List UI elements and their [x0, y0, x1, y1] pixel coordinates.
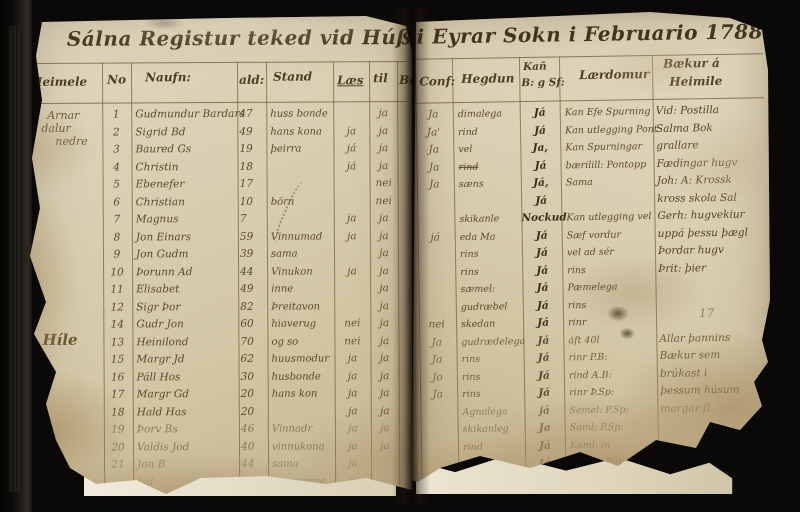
age-cell: 44	[241, 456, 254, 473]
age-cell: 70	[240, 333, 253, 350]
baekur-cell: Joh: A: Krossk	[657, 172, 732, 190]
laes-cell: ja	[334, 228, 370, 245]
age-cell: 20	[241, 403, 254, 420]
hegdun-cell: rins	[462, 351, 481, 368]
stand-cell: hans kon	[272, 385, 318, 402]
row-number: 16	[105, 369, 131, 386]
header-laerdomur: Lærdomur	[579, 67, 649, 82]
hegdun-cell: rins	[462, 386, 481, 403]
table-row: 6 Christian 10 börn nei	[26, 192, 412, 212]
name-cell: Sigrid Bd	[135, 124, 185, 141]
name-cell: Þorv Bs	[137, 421, 178, 438]
row-number: 9	[104, 246, 130, 263]
til-cell: ja	[370, 158, 396, 175]
stand-cell: vinnukona	[272, 438, 325, 455]
margin-number-note: 17	[699, 306, 714, 320]
laes-cell: ja	[335, 420, 371, 437]
row-number: 8	[104, 229, 130, 246]
stand-cell: sama	[272, 456, 299, 473]
name-cell: Christian	[136, 194, 185, 211]
table-row: 17 Margr Gd 20 hans kon ja ja	[27, 385, 412, 405]
name-cell: Páll Hos	[137, 369, 181, 386]
laerdomur-cell: Sama	[566, 174, 593, 191]
hegdun-cell: Agnalega	[462, 403, 507, 421]
row-number: 6	[104, 194, 130, 211]
table-row: 4 Christin 18 já ja	[26, 157, 412, 177]
table-row: 18 Hald Has 20 ja ja	[27, 402, 412, 422]
baekur-cell: Þrit: þier	[658, 260, 706, 278]
name-cell: Ebenefer	[136, 176, 185, 193]
table-row: 16 Páll Hos 30 husbonde ja ja	[27, 367, 412, 387]
hegdun-cell: rind	[463, 438, 483, 455]
til-cell: ja	[371, 350, 397, 367]
age-cell: 20	[241, 386, 254, 403]
laerdomur-cell: Saml: P.Sp:	[570, 419, 624, 437]
age-cell: 60	[240, 316, 253, 333]
hegdun-cell: vel	[458, 141, 472, 158]
laes-cell: ja	[335, 438, 371, 455]
laerdomur-cell: Kan Efe Spurning	[565, 103, 651, 121]
kan-cell: Já	[521, 192, 561, 210]
header-heimele: Heimele	[31, 75, 87, 89]
til-cell: ja	[371, 228, 397, 245]
laerdomur-cell: rind A.B:	[569, 366, 612, 384]
stand-cell: husbonde	[272, 368, 321, 385]
name-cell: Valdis Jod	[137, 439, 189, 456]
table-row: 15 Margr Jd 62 huusmodur ja ja	[27, 350, 412, 370]
left-page: Sálna Registur teked vid Húß V: Heimele …	[26, 12, 412, 500]
row-number: 5	[104, 176, 130, 193]
table-row: 1 Gudmundur Bardars 47 huss bonde ja	[26, 105, 411, 125]
header-stand: Stand	[273, 70, 312, 84]
stand-cell: Þreitavon	[271, 298, 320, 315]
baekur-cell: margar fl.	[660, 400, 713, 418]
row-number: 7	[104, 211, 130, 228]
til-cell: nei	[371, 193, 397, 210]
header-naufn: Naufn:	[145, 70, 191, 84]
til-cell: ja	[370, 123, 396, 140]
table-row: 19 Þorv Bs 46 Vinnadr ja ja	[27, 420, 412, 440]
kan-cell: Já	[522, 262, 562, 280]
name-cell: Jon Gudm	[136, 246, 189, 263]
name-cell: Elisabet	[136, 281, 179, 298]
laes-cell: ja	[335, 385, 371, 402]
hegdun-cell: rind	[458, 158, 478, 175]
kan-cell: Já	[522, 227, 562, 245]
baekur-cell: brúkast i	[660, 365, 708, 383]
laes-cell: ja	[333, 123, 369, 140]
manuscript-photo: { "book": { "left_title": "Sálna Registu…	[0, 0, 800, 512]
name-cell: Jon B	[137, 456, 165, 473]
right-page-title: i Eyrar Sokn i Februario 1788	[416, 19, 763, 48]
hegdun-cell: skikanleg	[463, 420, 509, 438]
laerdomur-cell: rins	[568, 297, 587, 314]
kan-cell: Já	[522, 244, 562, 262]
conf-cell	[419, 456, 458, 457]
hegdun-cell: gudrædelega	[461, 333, 525, 351]
row-number: 19	[105, 421, 131, 438]
kan-cell: já	[524, 402, 564, 420]
baekur-cell: Gerh: hugvekiur	[657, 207, 744, 225]
laerdomur-cell: rins	[567, 262, 586, 279]
laerdomur-cell: bærilill: Pontopp	[565, 156, 646, 174]
conf-cell: já	[416, 229, 455, 247]
stand-cell: hiaverug	[271, 315, 316, 332]
row-number: 15	[104, 351, 130, 368]
laerdomur-cell: vel ad sér	[567, 244, 614, 262]
header-baekur-2: Heimile	[669, 74, 722, 89]
name-cell: Hald Has	[137, 404, 187, 421]
row-number: 14	[104, 316, 130, 333]
kan-cell: Ja,	[520, 139, 560, 157]
stand-cell: huss bonde	[270, 105, 328, 122]
stand-cell: Vinukon	[271, 263, 313, 280]
row-number: 1	[103, 106, 129, 123]
baekur-cell: grallare	[656, 137, 698, 155]
hegdun-cell: sæns	[459, 176, 484, 193]
row-number: 18	[105, 404, 131, 421]
conf-cell: Ja	[418, 351, 457, 369]
header-kan-2: B: g Sf:	[521, 76, 565, 89]
name-cell: Margr Gd	[137, 386, 189, 403]
age-cell: 62	[240, 351, 253, 368]
conf-cell	[415, 211, 454, 212]
age-cell: 19	[239, 141, 252, 158]
laerdomur-cell: rinr	[568, 314, 587, 331]
til-cell: ja	[371, 333, 397, 350]
row-number: 12	[104, 299, 130, 316]
book-cover-edge	[0, 0, 32, 512]
table-row: 21 Jon B 44 sama ja	[27, 455, 412, 475]
header-bokl: Bókl	[399, 73, 412, 87]
conf-cell	[419, 439, 458, 440]
kan-cell: Já	[525, 437, 565, 455]
age-cell: 18	[239, 158, 252, 175]
til-cell: ja	[371, 263, 397, 280]
table-row: 9 Jon Gudm 39 sama ja	[26, 245, 412, 265]
stand-cell: hans kona	[270, 123, 322, 140]
baekur-cell: Bækur sem	[659, 347, 720, 365]
header-ald: ald:	[239, 73, 264, 87]
stand-cell: inne	[271, 281, 293, 298]
laes-cell: ja	[335, 403, 371, 420]
stand-cell: þeirra	[270, 141, 301, 158]
hegdun-cell: skikanle	[459, 210, 499, 228]
table-row: 7 Magnus 7 ja ja	[26, 210, 412, 230]
baekur-cell: þessum húsum	[660, 382, 740, 400]
row-number: 2	[103, 124, 129, 141]
til-cell: ja	[371, 210, 397, 227]
laes-cell: ja	[334, 350, 370, 367]
kan-cell: Já	[520, 157, 560, 175]
ruling-line	[33, 101, 407, 104]
row-number: 11	[104, 281, 130, 298]
kan-cell: Já	[524, 349, 564, 367]
laes-cell: ja	[334, 210, 370, 227]
hegdun-cell: rins	[460, 246, 479, 263]
til-cell: ja	[372, 403, 398, 420]
baekur-cell: kross skola Sal	[657, 189, 737, 207]
right-page: i Eyrar Sokn i Februario 1788 Conf: Hegd…	[410, 10, 772, 498]
age-cell: 49	[240, 281, 253, 298]
age-cell: 46	[241, 421, 254, 438]
kan-cell: Já	[523, 297, 563, 315]
header-no: No	[107, 72, 126, 86]
table-row: 11 Elisabet 49 inne ja	[26, 280, 412, 300]
hegdun-cell: rind	[458, 123, 478, 140]
til-cell: ja	[370, 140, 396, 157]
laerdomur-cell: Semel: P.Sp:	[569, 401, 629, 419]
til-cell: ja	[372, 420, 398, 437]
age-cell: 17	[240, 176, 253, 193]
conf-cell	[415, 194, 454, 195]
til-cell: ja	[371, 245, 397, 262]
laerdomur-cell: Kan utlegging Pont	[565, 120, 658, 138]
conf-cell	[416, 264, 455, 265]
laerdomur-cell: Pæmelega	[567, 279, 617, 297]
name-cell: Margr Jd	[136, 351, 184, 368]
conf-cell: Ja	[418, 386, 457, 404]
laerdomur-cell: rinr Þ.Sp:	[569, 384, 614, 402]
name-cell: Þorunn Ad	[136, 264, 192, 281]
row-number: 10	[104, 264, 130, 281]
age-cell: 82	[240, 298, 253, 315]
laerdomur-cell: Kaml: in	[570, 436, 610, 454]
table-row: 13 Heinilond 70 og so nei ja	[26, 332, 412, 352]
table-row: 20 Valdis Jod 40 vinnukona ja ja	[27, 437, 412, 457]
conf-cell: Ja	[414, 106, 453, 124]
row-number: 13	[104, 334, 130, 351]
til-cell: ja	[371, 280, 397, 297]
name-cell: Magnus	[136, 211, 179, 228]
header-kan: Kañ	[523, 61, 547, 73]
conf-cell	[416, 246, 455, 247]
table-row: 12 Sigr Þor 82 Þreitavon ja	[26, 297, 412, 317]
kan-cell: Ja	[525, 419, 565, 437]
name-cell: Christin	[135, 159, 178, 176]
laes-cell: nei	[334, 333, 370, 350]
conf-cell	[417, 299, 456, 300]
laes-cell: nei	[334, 315, 370, 332]
laerdomur-cell: Sæf vordur	[567, 226, 622, 244]
row-number: 21	[105, 456, 131, 473]
laes-cell: ja	[334, 263, 370, 280]
age-cell: 7	[240, 211, 247, 228]
til-cell: ja	[371, 315, 397, 332]
conf-cell: Ja	[415, 176, 454, 194]
stand-cell: huusmodur	[271, 350, 329, 367]
hegdun-cell: eda Ma	[460, 228, 496, 246]
hegdun-cell: rins	[462, 368, 481, 385]
hegdun-cell: dimalega	[458, 105, 502, 123]
name-cell: Gudmundur Bardars	[135, 106, 245, 124]
conf-cell: nei	[417, 316, 456, 334]
right-table-rows: Ja dimalega Já Kan Efe Spurning Vid: Pos…	[410, 101, 772, 474]
age-cell: 47	[239, 106, 252, 123]
age-cell: 10	[240, 193, 253, 210]
hegdun-cell: rins	[460, 263, 479, 280]
laerdomur-cell: Kan Spurningar	[565, 138, 642, 156]
kan-cell: Já	[520, 122, 560, 140]
baekur-cell: Salma Bok	[656, 120, 713, 138]
laerdomur-cell: Kan utlegging vel	[566, 208, 651, 226]
baekur-cell: Þordar hugv	[658, 242, 724, 260]
table-row: 14 Gudr Jon 60 hiaverug nei ja	[26, 315, 412, 335]
laes-cell: ja	[335, 368, 371, 385]
til-cell: ja	[372, 368, 398, 385]
laerdomur-cell: áft 40l	[568, 331, 599, 348]
conf-cell: Ja'	[414, 124, 453, 142]
til-cell: ja	[370, 105, 396, 122]
conf-cell: Ja	[417, 334, 456, 352]
name-cell: Jon Einars	[136, 229, 191, 246]
conf-cell	[416, 281, 455, 282]
row-number: 3	[103, 141, 129, 158]
hegdun-cell: gudræbel	[461, 298, 508, 316]
age-cell: 39	[240, 246, 253, 263]
row-number: 17	[105, 386, 131, 403]
baekur-cell: Allar þannins	[659, 329, 730, 347]
conf-cell: Ja	[414, 141, 453, 159]
kan-cell: Já	[523, 314, 563, 332]
table-row: 5 Ebenefer 17 nei	[26, 175, 412, 195]
conf-cell: Ja	[414, 159, 453, 177]
til-cell: ja	[372, 385, 398, 402]
name-cell: Heinilond	[136, 334, 188, 351]
kan-cell: Já	[522, 279, 562, 297]
laes-cell: já	[333, 158, 369, 175]
kan-cell: Já	[524, 367, 564, 385]
age-cell: 49	[239, 123, 252, 140]
age-cell: 30	[241, 368, 254, 385]
stand-cell: og so	[271, 333, 298, 350]
header-baekur: Bækur á	[663, 56, 720, 71]
hegdun-cell: skedan	[461, 316, 495, 334]
til-cell: ja	[372, 438, 398, 455]
kan-cell: Já	[520, 104, 560, 122]
ruling-line	[33, 61, 407, 64]
header-laes: Læs	[337, 73, 363, 87]
til-cell: nei	[371, 175, 397, 192]
laerdomur-cell: rinr P.B:	[568, 349, 607, 367]
til-cell: ja	[371, 298, 397, 315]
table-row: 8 Jon Einars 59 Vinnumad ja ja	[26, 227, 412, 247]
name-cell: Gudr Jon	[136, 316, 184, 333]
baekur-cell: Fædingar hugv	[656, 154, 737, 172]
row-number: 20	[105, 439, 131, 456]
table-row: 3 Baured Gs 19 þeirra já ja	[26, 140, 411, 160]
kan-cell: Já	[523, 332, 563, 350]
table-row: 10 Þorunn Ad 44 Vinukon ja ja	[26, 262, 412, 282]
laes-cell: já	[333, 140, 369, 157]
kan-cell: Já	[524, 384, 564, 402]
header-conf: Conf:	[419, 74, 455, 89]
table-row: 2 Sigrid Bd 49 hans kona ja ja	[26, 122, 411, 142]
stand-cell: sama	[271, 246, 298, 263]
conf-cell	[419, 421, 458, 422]
age-cell: 59	[240, 228, 253, 245]
conf-cell: Jo	[418, 369, 457, 387]
hegdun-cell: sæmel:	[460, 281, 495, 299]
kan-cell: Nockud	[521, 209, 561, 227]
kan-cell: Já,	[521, 174, 561, 192]
age-cell: 40	[241, 438, 254, 455]
header-til: til	[373, 71, 388, 85]
baekur-cell: Vid: Postilla	[656, 102, 720, 120]
baekur-cell: uppá þessu þægl	[658, 224, 749, 242]
stand-cell: Vinnadr	[272, 421, 312, 438]
left-page-title: Sálna Registur teked vid Húß V:	[67, 25, 412, 51]
laes-cell: ja	[335, 455, 371, 472]
age-cell: 44	[240, 263, 253, 280]
left-table-rows: 1 Gudmundur Bardars 47 huss bonde ja 2 S…	[26, 105, 412, 492]
row-number: 4	[103, 159, 129, 176]
name-cell: Sigr Þor	[136, 299, 180, 316]
header-hegdun: Hegdun	[461, 71, 514, 86]
conf-cell	[418, 404, 457, 405]
name-cell: Baured Gs	[135, 141, 191, 158]
